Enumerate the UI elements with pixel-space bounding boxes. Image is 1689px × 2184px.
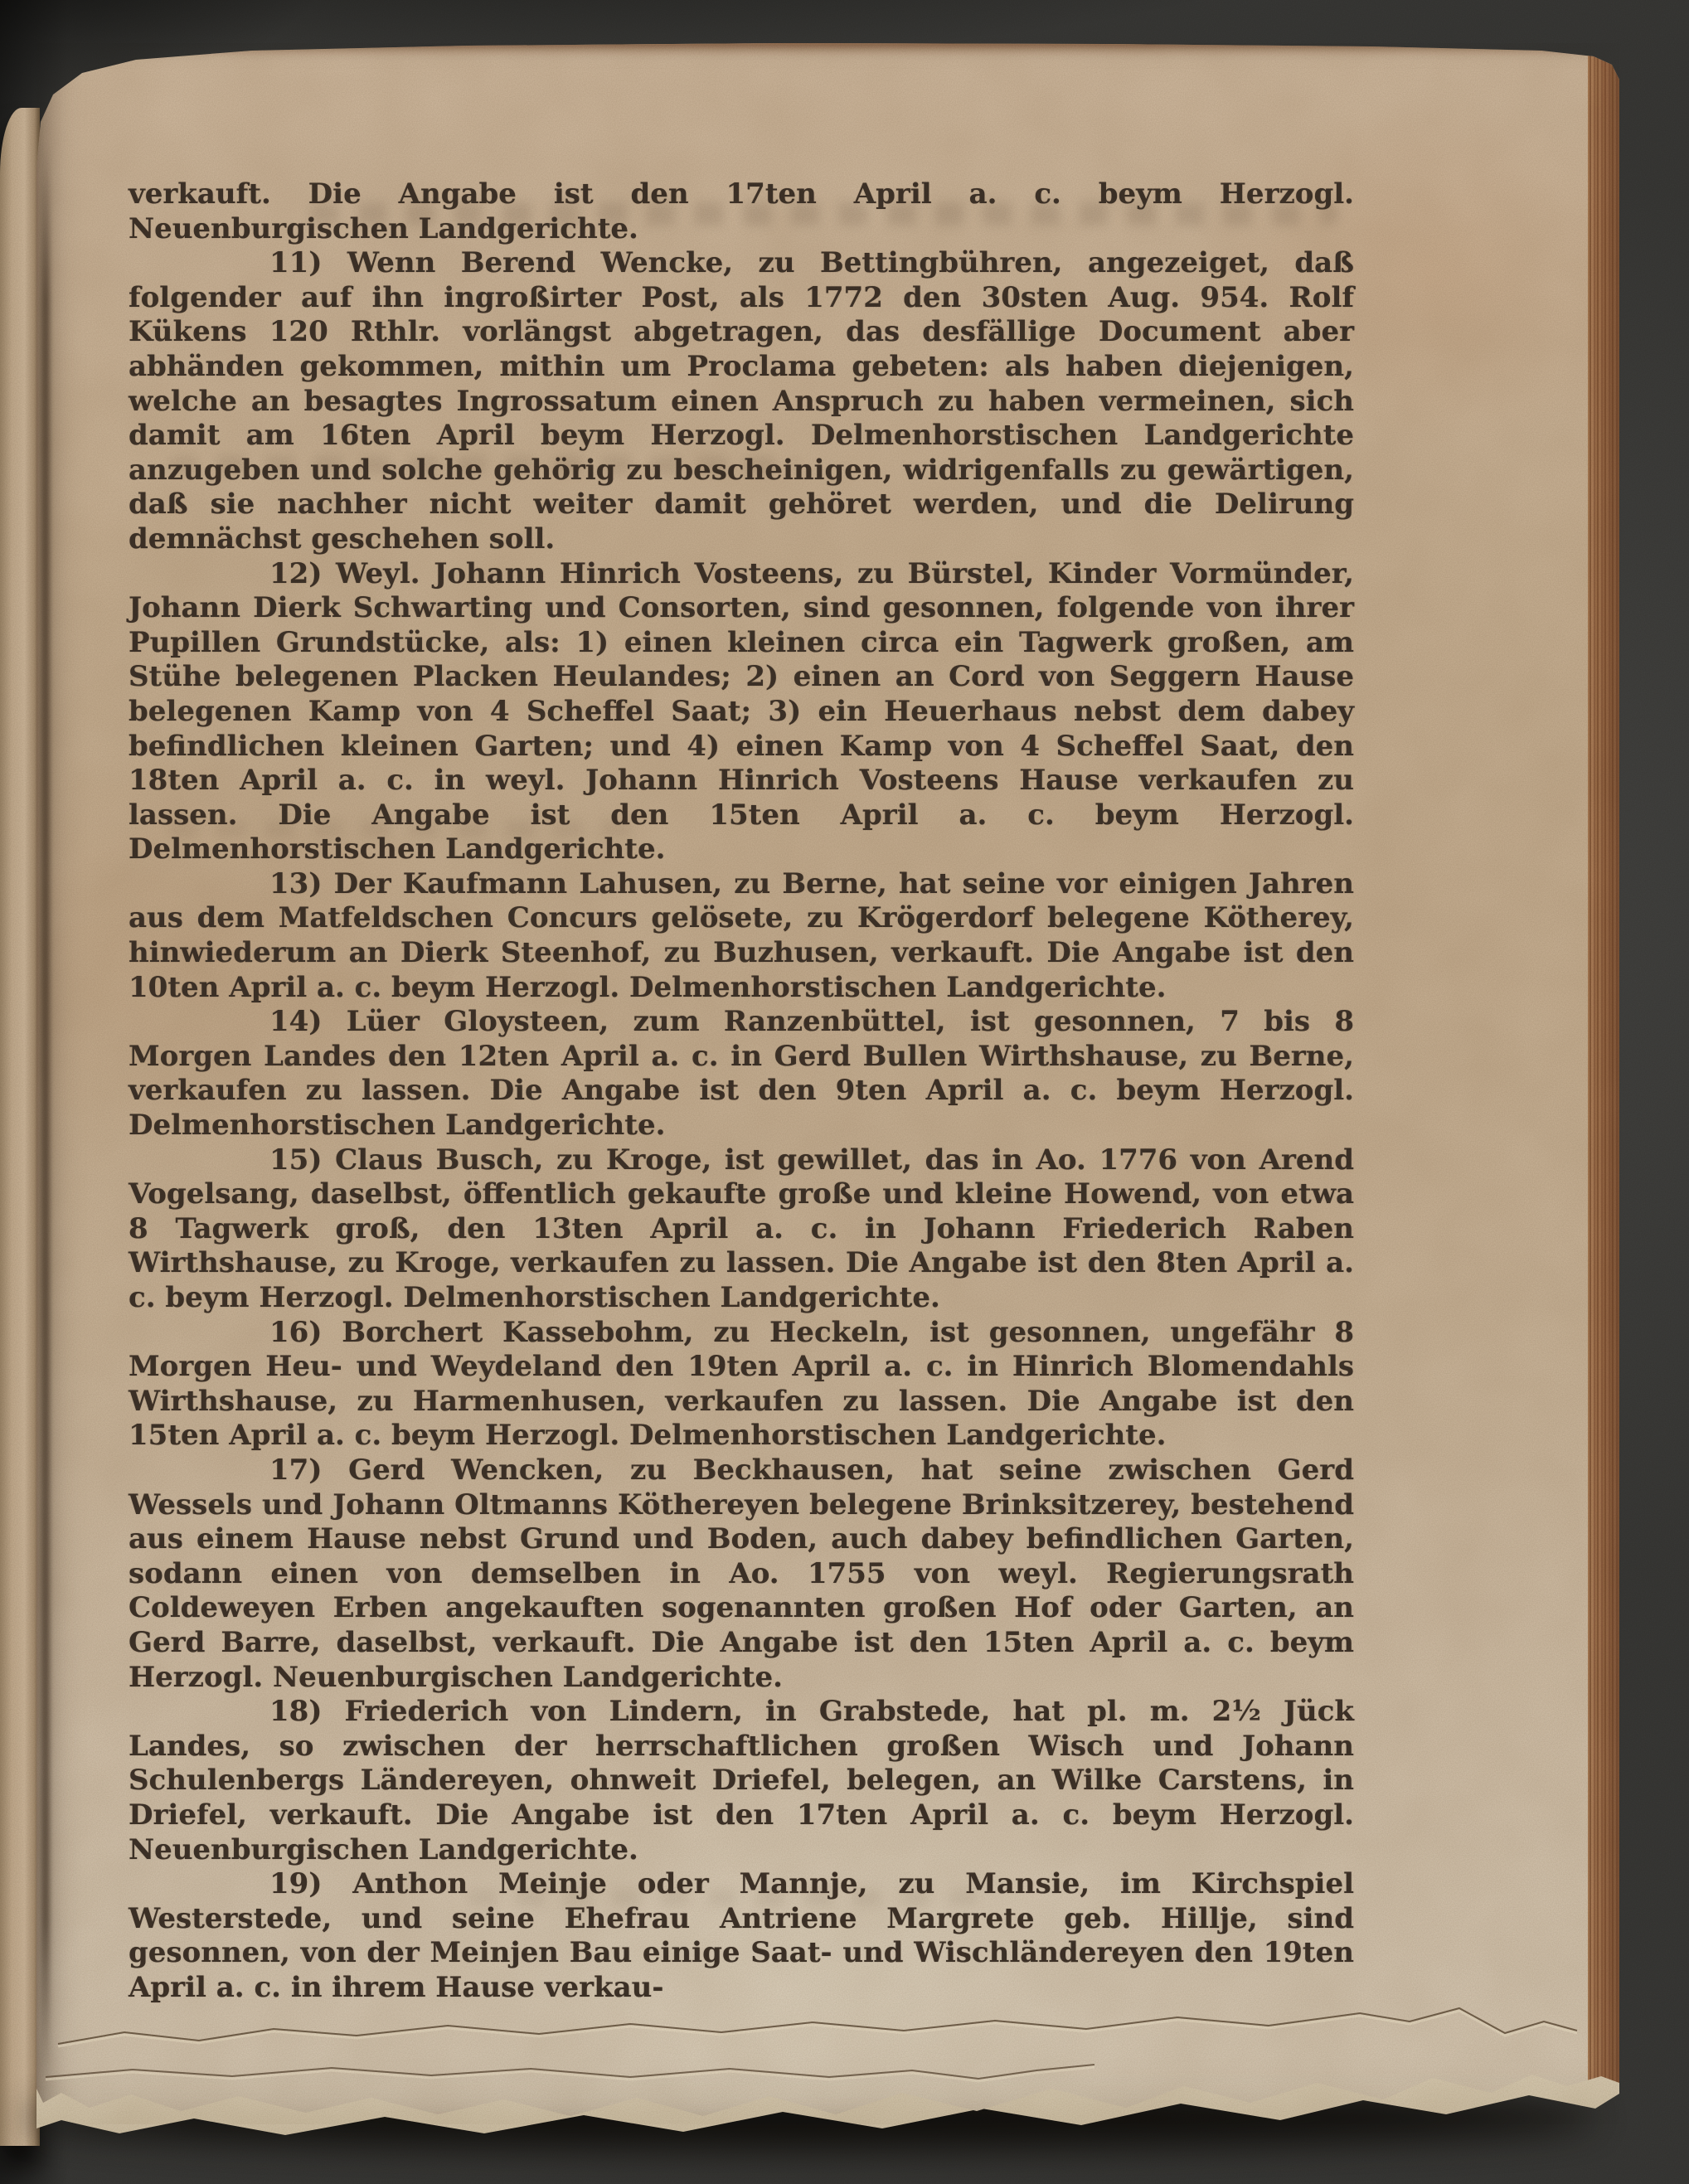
paragraph: 19) Anthon Meinje oder Mannje, zu Mansie… [129, 1867, 1354, 2005]
facing-page-edge [0, 108, 40, 2146]
text-block: verkauft. Die Angabe ist den 17ten April… [129, 177, 1354, 2005]
paragraph: 16) Borchert Kassebohm, zu Heckeln, ist … [129, 1316, 1354, 1454]
paragraph: 12) Weyl. Johann Hinrich Vosteens, zu Bü… [129, 557, 1354, 867]
paragraph: 14) Lüer Gloysteen, zum Ranzenbüttel, is… [129, 1005, 1354, 1143]
book-scan: verkauft. Die Angabe ist den 17ten April… [0, 0, 1689, 2184]
paragraph: 13) Der Kaufmann Lahusen, zu Berne, hat … [129, 867, 1354, 1005]
paragraph: 18) Friederich von Lindern, in Grabstede… [129, 1695, 1354, 1867]
paragraph: 15) Claus Busch, zu Kroge, ist gewillet,… [129, 1143, 1354, 1316]
paragraph: 11) Wenn Berend Wencke, zu Bettingbühren… [129, 246, 1354, 556]
paragraph: 17) Gerd Wencken, zu Beckhausen, hat sei… [129, 1454, 1354, 1695]
paragraph: verkauft. Die Angabe ist den 17ten April… [129, 177, 1354, 246]
gutter-crease [41, 143, 50, 2075]
fore-edge-leaves [1588, 43, 1619, 2124]
